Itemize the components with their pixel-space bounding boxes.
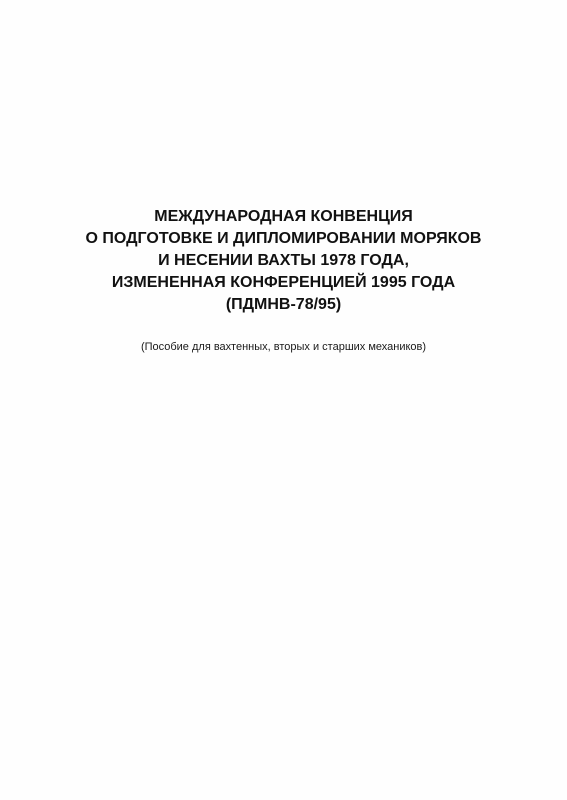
document-title: МЕЖДУНАРОДНАЯ КОНВЕНЦИЯ О ПОДГОТОВКЕ И Д…	[0, 206, 567, 316]
title-line-1: МЕЖДУНАРОДНАЯ КОНВЕНЦИЯ	[0, 206, 567, 228]
title-line-2: О ПОДГОТОВКЕ И ДИПЛОМИРОВАНИИ МОРЯКОВ	[0, 228, 567, 250]
title-line-5: (ПДМНВ-78/95)	[0, 294, 567, 316]
title-line-4: ИЗМЕНЕННАЯ КОНФЕРЕНЦИЕЙ 1995 ГОДА	[0, 272, 567, 294]
title-line-3: И НЕСЕНИИ ВАХТЫ 1978 ГОДА,	[0, 250, 567, 272]
document-page: МЕЖДУНАРОДНАЯ КОНВЕНЦИЯ О ПОДГОТОВКЕ И Д…	[0, 0, 567, 800]
document-subtitle: (Пособие для вахтенных, вторых и старших…	[0, 340, 567, 354]
